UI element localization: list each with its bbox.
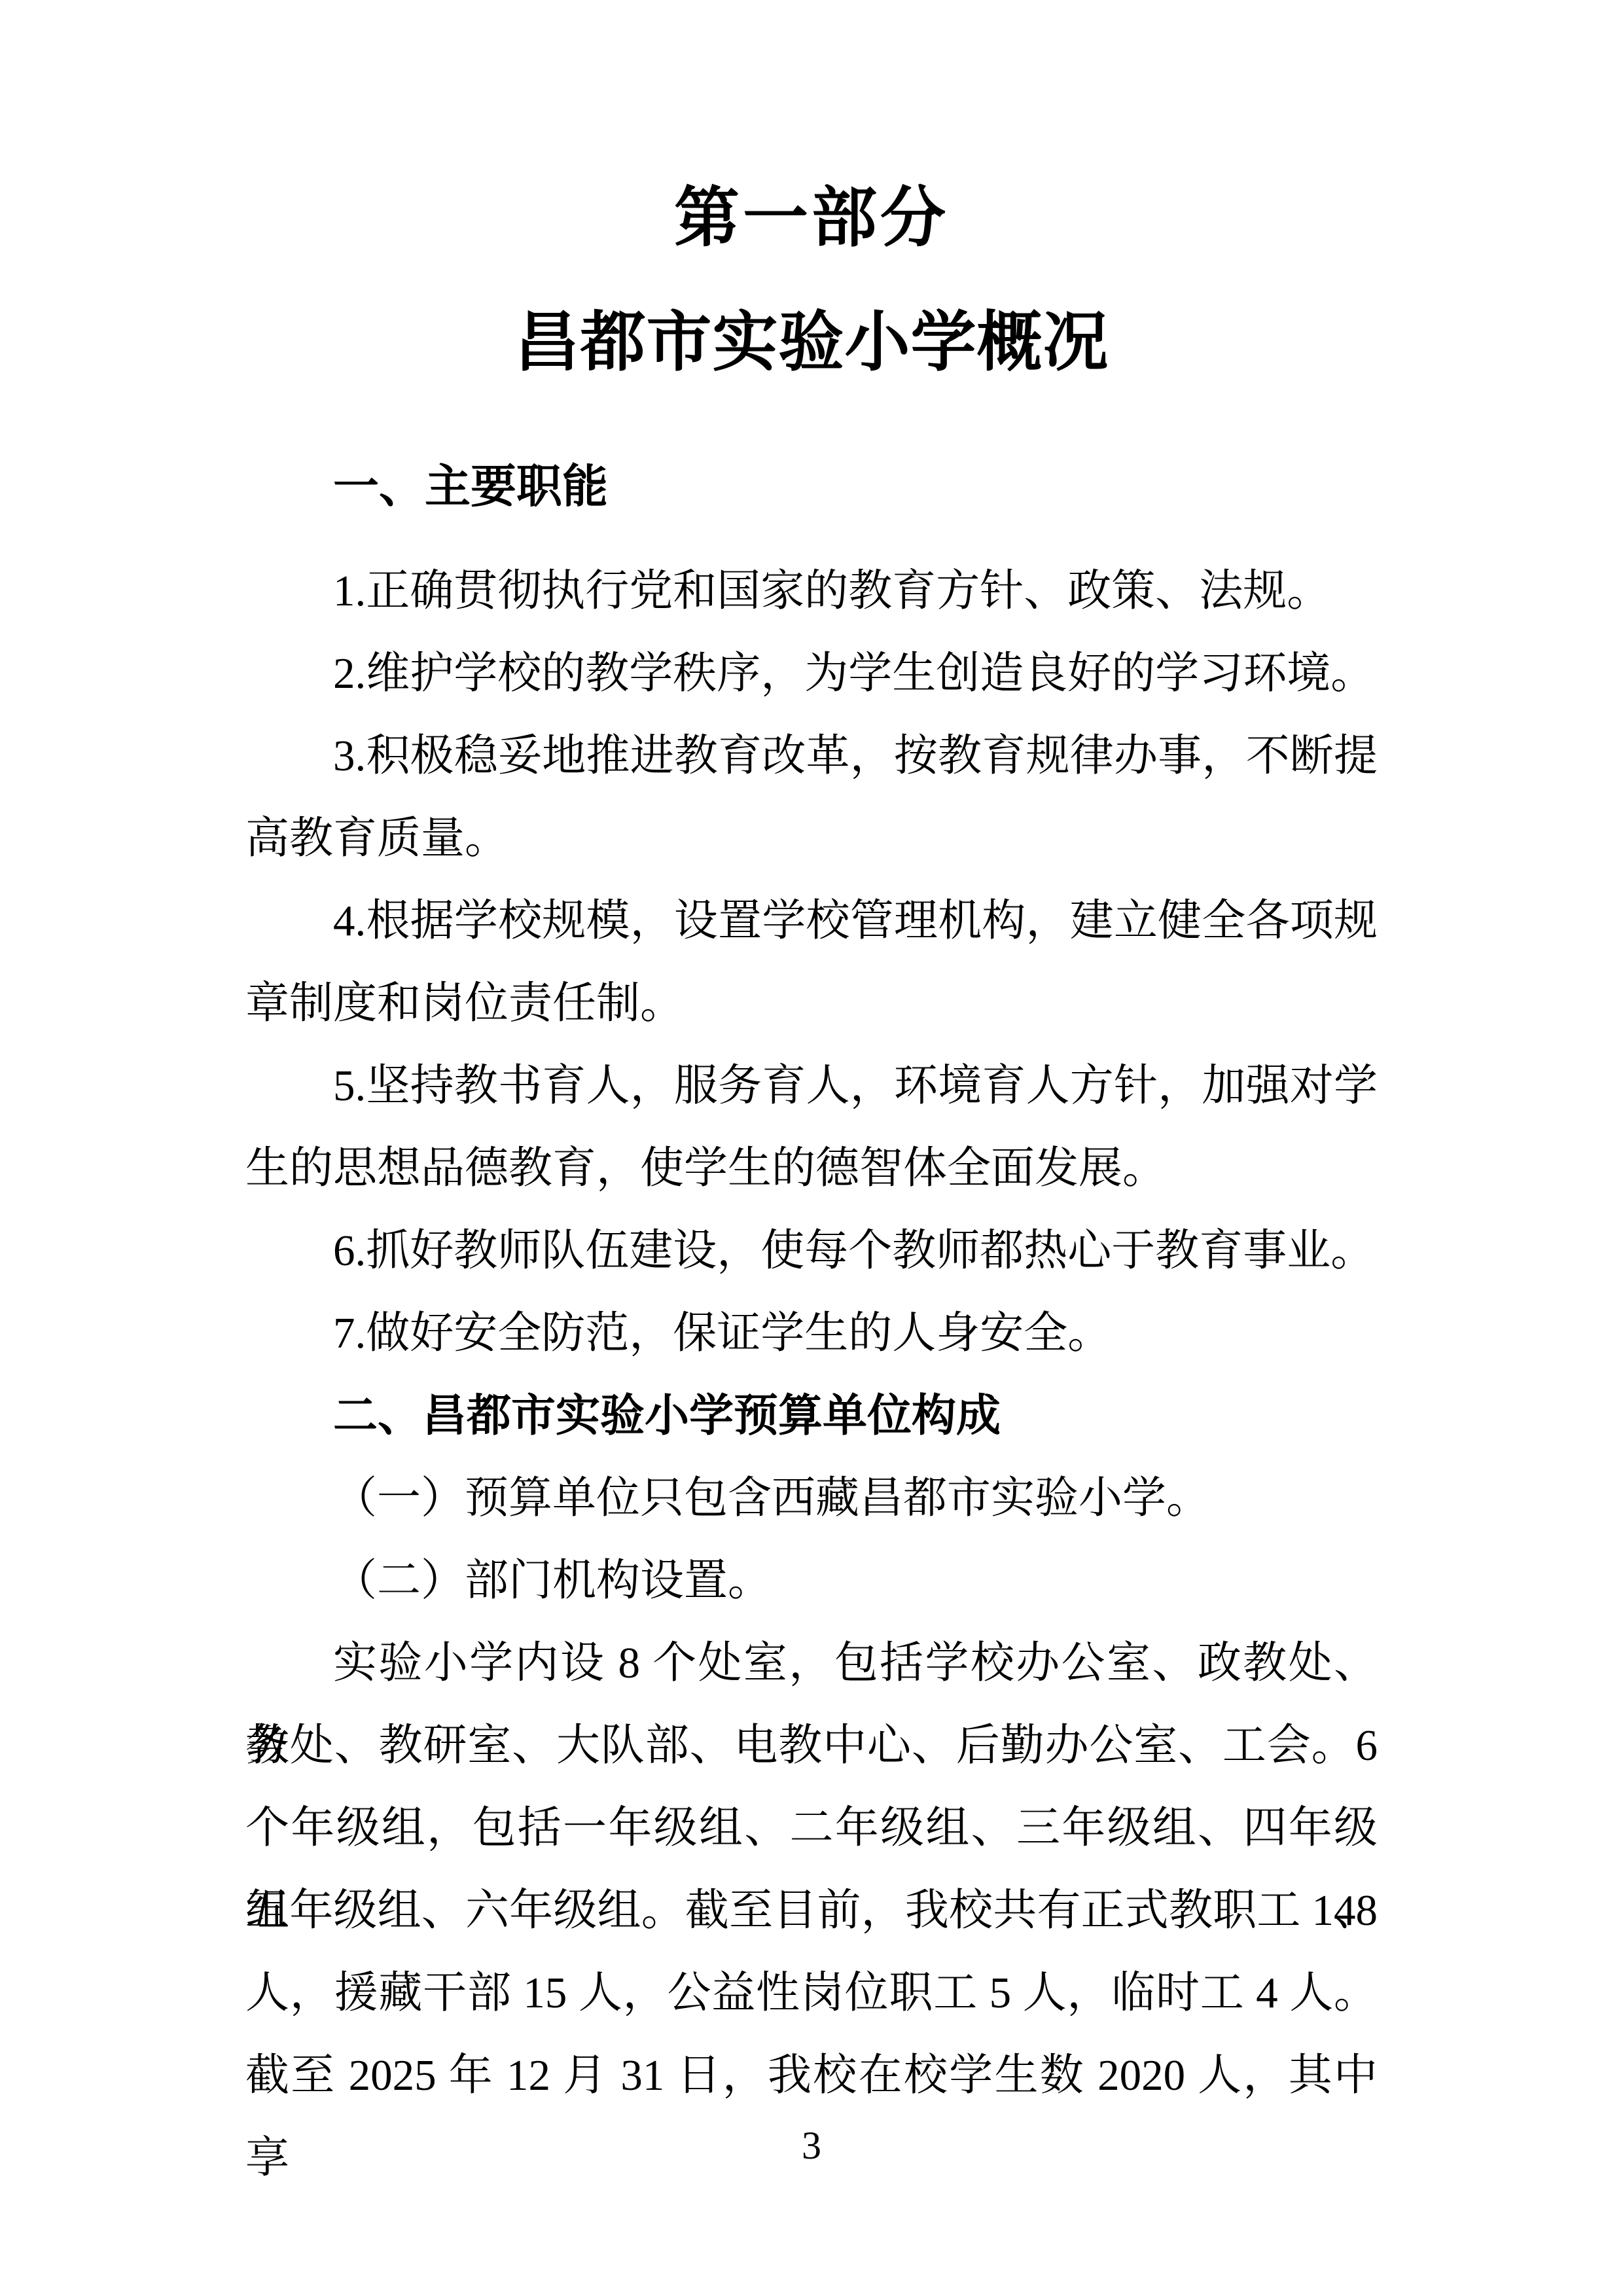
page-number: 3 (0, 2113, 1623, 2178)
function-item-3-line-1: 3.积极稳妥地推进教育改革，按教育规律办事，不断提 (245, 715, 1378, 797)
part-title: 第一部分 (0, 169, 1623, 267)
organization-paragraph-line-5: 人，援藏干部 15 人，公益性岗位职工 5 人，临时工 4 人。 (245, 1952, 1378, 2034)
section-heading-budget-units: 二、昌都市实验小学预算单位构成 (245, 1374, 1378, 1457)
organization-paragraph-line-6: 截至 2025 年 12 月 31 日，我校在校学生数 2020 人，其中享 (245, 2034, 1378, 2117)
organization-paragraph-line-1: 实验小学内设 8 个处室，包括学校办公室、政教处、教 (245, 1622, 1378, 1704)
section-heading-main-functions: 一、主要职能 (245, 445, 1378, 528)
function-item-6: 6.抓好教师队伍建设，使每个教师都热心于教育事业。 (245, 1210, 1378, 1292)
function-item-1: 1.正确贯彻执行党和国家的教育方针、政策、法规。 (245, 550, 1378, 632)
organization-paragraph-line-3: 个年级组，包括一年级组、二年级组、三年级组、四年级组、 (245, 1787, 1378, 1869)
organization-paragraph-line-4: 五年级组、六年级组。截至目前，我校共有正式教职工 148 (245, 1869, 1378, 1952)
function-item-5-line-2: 生的思想品德教育，使学生的德智体全面发展。 (245, 1127, 1378, 1210)
school-overview-title: 昌都市实验小学概况 (0, 293, 1623, 391)
body-text: 一、主要职能 1.正确贯彻执行党和国家的教育方针、政策、法规。 2.维护学校的教… (245, 445, 1378, 2117)
function-item-4-line-1: 4.根据学校规模，设置学校管理机构，建立健全各项规 (245, 880, 1378, 962)
function-item-4-line-2: 章制度和岗位责任制。 (245, 962, 1378, 1045)
function-item-7: 7.做好安全防范，保证学生的人身安全。 (245, 1292, 1378, 1374)
budget-sub-item-2: （二）部门机构设置。 (245, 1539, 1378, 1622)
function-item-2: 2.维护学校的教学秩序，为学生创造良好的学习环境。 (245, 632, 1378, 715)
budget-sub-item-1: （一）预算单位只包含西藏昌都市实验小学。 (245, 1457, 1378, 1539)
document-page: 第一部分 昌都市实验小学概况 一、主要职能 1.正确贯彻执行党和国家的教育方针、… (0, 0, 1623, 2296)
function-item-3-line-2: 高教育质量。 (245, 797, 1378, 880)
organization-paragraph-line-2: 务处、教研室、大队部、电教中心、后勤办公室、工会。6 (245, 1704, 1378, 1787)
function-item-5-line-1: 5.坚持教书育人，服务育人，环境育人方针，加强对学 (245, 1045, 1378, 1127)
